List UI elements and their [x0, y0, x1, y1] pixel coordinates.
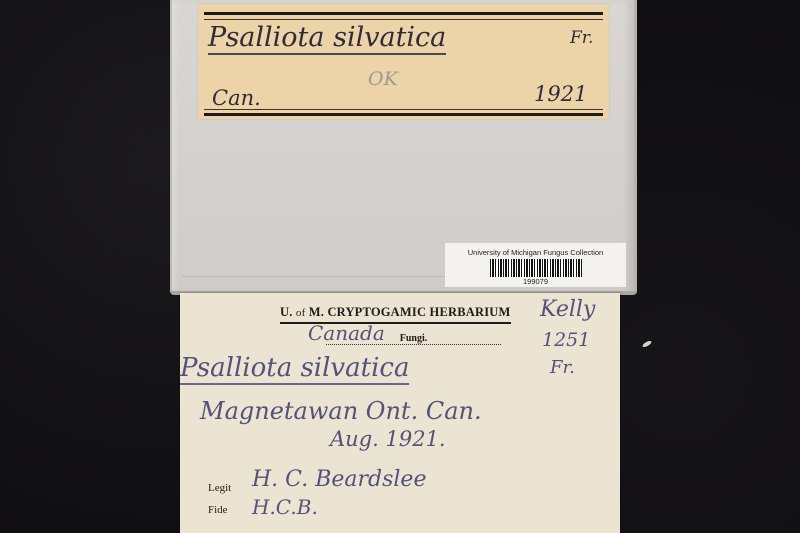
- header-of: of: [296, 307, 306, 319]
- legit-value: H. C. Beardslee: [252, 467, 426, 492]
- card-herbarium-number: 1251: [542, 329, 590, 351]
- card-category: Fungi.: [326, 333, 501, 345]
- fide-label: Fide: [208, 504, 228, 516]
- herbarium-card: U. of M. CRYPTOGAMIC HERBARIUM Canada Fu…: [180, 293, 620, 533]
- label-genus: Psalliota silvatica: [208, 22, 446, 53]
- barcode-icon: [490, 259, 582, 277]
- barcode-label: University of Michigan Fungus Collection…: [445, 243, 626, 287]
- label-country: Can.: [212, 86, 261, 110]
- card-herbarium-name: Kelly: [540, 297, 595, 322]
- fide-value: H.C.B.: [252, 495, 318, 519]
- label-rule-bottom: [204, 113, 603, 116]
- packet-top-label: Psalliota silvatica Fr. OK Can. 1921: [198, 4, 609, 119]
- header-prefix: U.: [280, 305, 293, 319]
- barcode-number: 199079: [445, 277, 626, 286]
- card-date: Aug. 1921.: [330, 427, 446, 451]
- label-pencil-note: OK: [368, 68, 398, 90]
- header-rest: M. CRYPTOGAMIC HERBARIUM: [309, 305, 511, 319]
- card-species: Psalliota silvatica: [180, 353, 409, 383]
- label-author: Fr.: [570, 28, 593, 48]
- label-rule-bottom-thin: [204, 109, 603, 110]
- label-rule-top-thin: [204, 19, 603, 20]
- card-locality: Magnetawan Ont. Can.: [200, 397, 482, 425]
- label-year: 1921: [534, 82, 587, 106]
- label-rule-top: [204, 12, 603, 15]
- barcode-institution: University of Michigan Fungus Collection: [445, 248, 626, 257]
- card-author: Fr.: [550, 357, 575, 378]
- legit-label: Legit: [208, 482, 231, 494]
